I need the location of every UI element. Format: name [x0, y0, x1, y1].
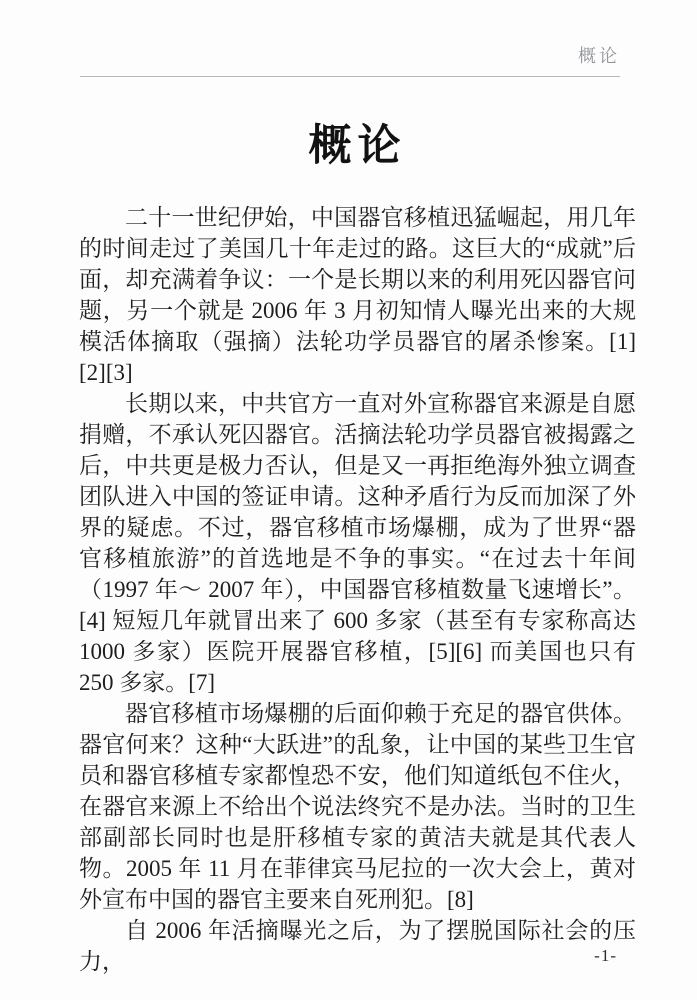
paragraph: 长期以来，中共官方一直对外宣称器官来源是自愿捐赠，不承认死囚器官。活摘法轮功学员…: [79, 388, 636, 698]
paragraph: 自 2006 年活摘曝光之后，为了摆脱国际社会的压力，: [79, 915, 636, 977]
paragraph: 器官移植市场爆棚的后面仰赖于充足的器官供体。器官何来？这种“大跃进”的乱象，让中…: [79, 698, 636, 915]
document-page: 概论 概论 二十一世纪伊始，中国器官移植迅猛崛起，用几年的时间走过了美国几十年走…: [0, 0, 697, 1000]
body-text: 二十一世纪伊始，中国器官移植迅猛崛起，用几年的时间走过了美国几十年走过的路。这巨…: [79, 202, 636, 977]
page-number: -1-: [594, 946, 617, 966]
running-header-title: 概论: [578, 46, 620, 66]
paragraph: 二十一世纪伊始，中国器官移植迅猛崛起，用几年的时间走过了美国几十年走过的路。这巨…: [79, 202, 636, 388]
chapter-title: 概论: [79, 112, 636, 173]
header-rule: [80, 76, 620, 77]
running-header: 概论: [80, 42, 620, 68]
